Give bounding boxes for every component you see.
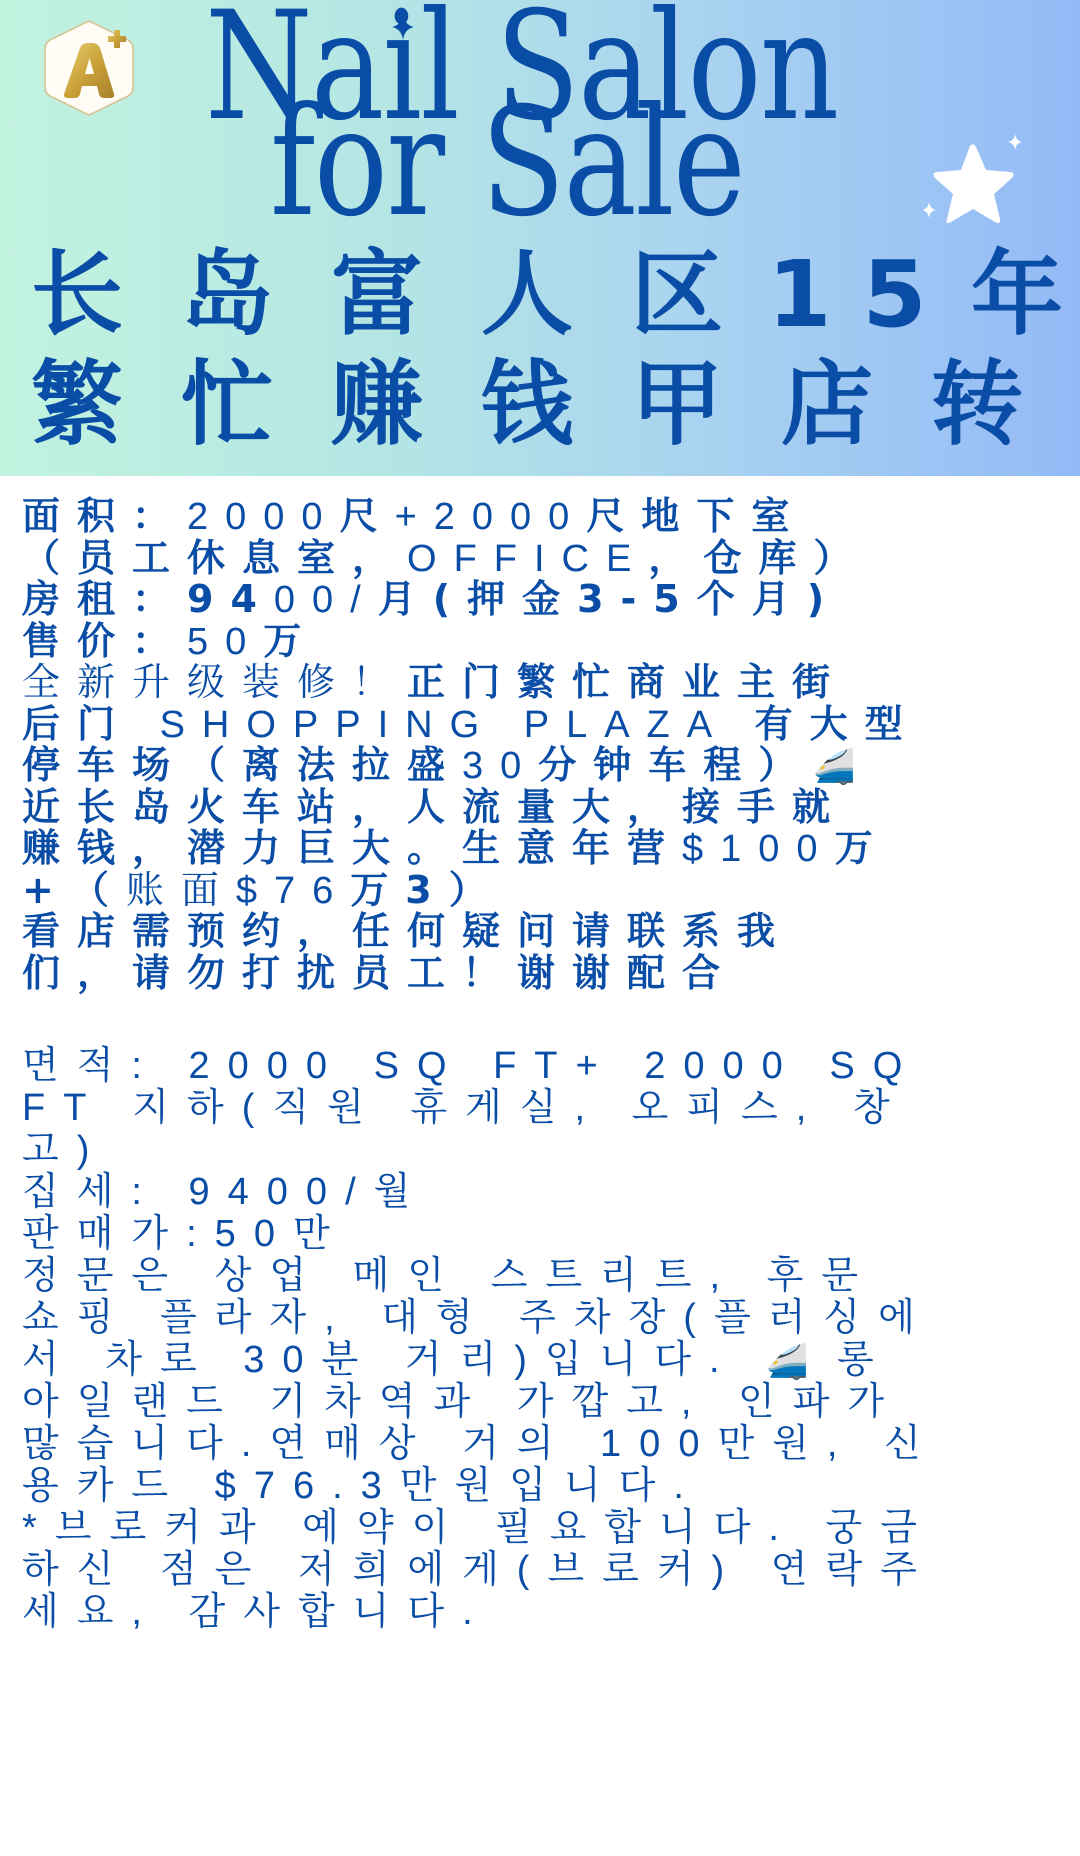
text-line: 면적: 2000 SQ FT+ 2000 SQ	[22, 1044, 1072, 1086]
text-segment: FT 지하(직원 휴게실, 오피스, 창	[22, 1087, 908, 1129]
text-line: 정문은 상업 메인 스트리트, 후문	[22, 1254, 1072, 1296]
text-segment: $100	[682, 828, 835, 870]
text-line: 看店需预约，任何疑问请联系我	[22, 911, 1072, 953]
title-char: 转	[902, 355, 1052, 455]
text-segment: 有大型	[755, 702, 920, 746]
listing-body: 面积：2000尺+2000尺地下室（员工休息室，OFFICE，仓库）房租：940…	[22, 496, 1072, 1632]
text-segment: 세요, 감사합니다.	[22, 1591, 491, 1633]
train-icon: 🚄	[813, 747, 855, 789]
text-segment: 赚钱，潜力巨大。生意年营	[22, 826, 682, 870]
text-segment: 하신 점은 저희에게(브로커) 연락주	[22, 1549, 935, 1591]
text-line: 近长岛火车站，人流量大，接手就	[22, 787, 1072, 829]
text-segment: 롱	[808, 1339, 891, 1381]
text-line: 后门 SHOPPING PLAZA 有大型	[22, 704, 1072, 746]
text-line: 집세: 9400/월	[22, 1170, 1072, 1212]
title-char: 年	[942, 245, 1080, 345]
title-char: 岛	[152, 245, 302, 345]
title-char: 富	[302, 245, 452, 345]
text-segment: 50	[187, 621, 263, 663]
text-segment: 月(押金3-5个月)	[378, 577, 841, 621]
text-segment: +（	[22, 868, 126, 912]
text-segment: 近长岛火车站，人流量大，接手就	[22, 785, 847, 829]
text-line: 停车场（离法拉盛30分钟车程）🚄	[22, 745, 1072, 787]
text-segment: +2000	[395, 496, 587, 538]
text-segment: 30	[462, 745, 538, 787]
text-line: 서 차로 30분 거리)입니다. 🚄 롱	[22, 1338, 1072, 1380]
text-segment: 집세: 9400/월	[22, 1171, 428, 1213]
text-segment: 分钟车程）	[538, 743, 813, 787]
text-segment: 尺	[340, 494, 395, 538]
title-digit: 1	[752, 245, 847, 345]
text-segment: 판매가:50만	[22, 1213, 348, 1255]
text-segment: *브로커과 예약이 필요합니다. 궁금	[22, 1507, 935, 1549]
korean-description: 면적: 2000 SQ FT+ 2000 SQFT 지하(직원 휴게실, 오피스…	[22, 1044, 1072, 1632]
title-char: 繁	[2, 355, 152, 455]
text-line: 아일랜드 기차역과 가깝고, 인파가	[22, 1380, 1072, 1422]
text-segment: 正门繁忙商业主街	[407, 660, 847, 704]
text-segment: （员工休息室，	[22, 536, 407, 580]
text-segment: 2000	[187, 496, 340, 538]
text-line: 面积：2000尺+2000尺地下室	[22, 496, 1072, 538]
title-char: 店	[752, 355, 902, 455]
text-segment: 后门	[22, 702, 132, 746]
text-segment: 용카드 $76.3만원입니다.	[22, 1465, 702, 1507]
title-digit: 5	[847, 245, 942, 345]
chinese-description: 面积：2000尺+2000尺地下室（员工休息室，OFFICE，仓库）房租：940…	[22, 496, 1072, 994]
text-segment: 账面$76	[126, 870, 350, 912]
text-segment: 们，请勿打扰员工！谢谢配合	[22, 951, 737, 995]
text-segment: 많습니다.연매상 거의 100만원, 신	[22, 1423, 939, 1465]
text-line: 全新升级装修！正门繁忙商业主街	[22, 662, 1072, 704]
title-char: 区	[602, 245, 752, 345]
title-char: 忙	[152, 355, 302, 455]
text-segment: 정문은 상업 메인 스트리트, 후문	[22, 1255, 876, 1297]
text-line: 赚钱，潜力巨大。生意年营$100万	[22, 828, 1072, 870]
title-char: 甲	[602, 355, 752, 455]
text-line: 세요, 감사합니다.	[22, 1590, 1072, 1632]
text-line: 많습니다.연매상 거의 100만원, 신	[22, 1422, 1072, 1464]
text-line: 용카드 $76.3만원입니다.	[22, 1464, 1072, 1506]
text-segment: 万	[835, 826, 890, 870]
text-segment: ，仓库）	[648, 536, 868, 580]
text-segment: 쇼핑 플라자, 대형 주차장(플러싱에	[22, 1297, 933, 1339]
title-en-line-2: for Sale	[270, 88, 744, 238]
text-segment: 全新升级装修！	[22, 662, 407, 704]
section-gap	[22, 994, 1072, 1044]
title-char: 长	[2, 245, 152, 345]
text-line: 房租：9400/月(押金3-5个月)	[22, 579, 1072, 621]
text-line: （员工休息室，OFFICE，仓库）	[22, 538, 1072, 580]
train-icon: 🚄	[766, 1341, 808, 1383]
text-segment: 서 차로 30분 거리)입니다.	[22, 1339, 766, 1381]
text-segment: 尺地下室	[586, 494, 806, 538]
text-line: 쇼핑 플라자, 대형 주차장(플러싱에	[22, 1296, 1072, 1338]
text-segment: 房租：94	[22, 577, 274, 621]
text-segment: 看店需预约，任何疑问请联系我	[22, 909, 792, 953]
header-banner: Nail Salon for Sale 长岛富人区15年 繁忙赚钱甲店转让	[0, 0, 1080, 476]
text-segment: SHOPPING PLAZA	[132, 704, 755, 746]
text-segment: 面积：	[22, 494, 187, 538]
text-line: 하신 점은 저희에게(브로커) 연락주	[22, 1548, 1072, 1590]
text-line: 售价：50万	[22, 621, 1072, 663]
text-segment: 停车场（离法拉盛	[22, 743, 462, 787]
star-icon	[920, 134, 1030, 244]
text-segment: OFFICE	[407, 538, 648, 580]
text-segment: 고)	[22, 1129, 107, 1171]
text-line: *브로커과 예약이 필요합니다. 궁금	[22, 1506, 1072, 1548]
text-segment: 면적: 2000 SQ FT+ 2000 SQ	[22, 1045, 920, 1087]
title-char: 让	[1052, 355, 1080, 455]
title-char: 人	[452, 245, 602, 345]
text-line: FT 지하(직원 휴게실, 오피스, 창	[22, 1086, 1072, 1128]
text-segment: 아일랜드 기차역과 가깝고, 인파가	[22, 1381, 902, 1423]
text-segment: 万3）	[350, 868, 503, 912]
a-plus-logo-icon	[42, 18, 136, 118]
text-segment: 00/	[274, 579, 378, 621]
text-segment: 售价：	[22, 619, 187, 663]
text-line: 판매가:50만	[22, 1212, 1072, 1254]
text-line: 고)	[22, 1128, 1072, 1170]
title-chinese-line-2: 繁忙赚钱甲店转让	[2, 355, 1080, 455]
text-line: +（账面$76万3）	[22, 870, 1072, 912]
text-segment: 万	[263, 619, 318, 663]
text-line: 们，请勿打扰员工！谢谢配合	[22, 953, 1072, 995]
title-char: 赚	[302, 355, 452, 455]
title-char: 钱	[452, 355, 602, 455]
title-chinese-line-1: 长岛富人区15年	[2, 245, 1080, 345]
